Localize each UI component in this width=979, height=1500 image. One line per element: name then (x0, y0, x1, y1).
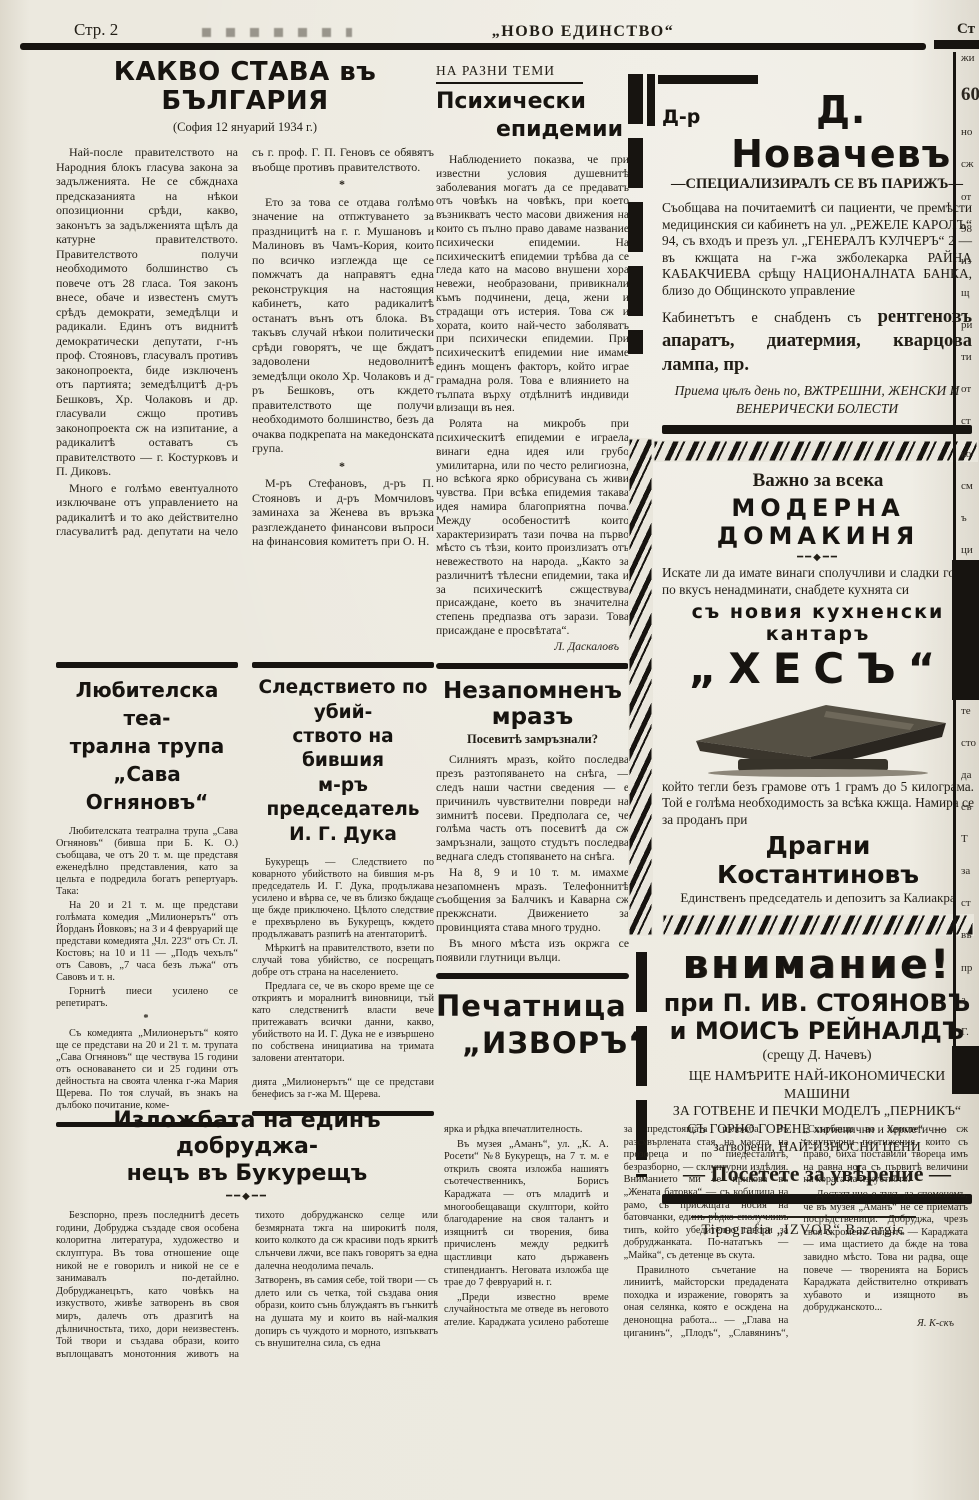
ad-lead-line: съ новия кухненски кантаръ (662, 601, 974, 645)
headline-kakvo-stava: КАКВО СТАВА въ БЪЛГАРИЯ (56, 58, 434, 115)
cut-text-fragment: съ (961, 801, 978, 813)
ornament-divider: ━━◆━━ (662, 552, 974, 563)
horizontal-rule (662, 425, 972, 434)
cut-text-fragment: Г. (961, 1026, 978, 1038)
paragraph: Въ музея „Аманъ“, ул. „К. А. Росети“ №8 … (444, 1139, 609, 1290)
ad-hes-kitchen-scale: Важно за всека МОДЕРНА ДОМАКИНЯ ━━◆━━ Ис… (628, 438, 978, 936)
ad-text-normal: Кабинетътъ е снабденъ съ (662, 310, 861, 326)
paragraph: Ролята на микробъ при психическитѣ епиде… (436, 417, 629, 638)
cut-text-fragment: но (961, 126, 978, 138)
ad-title: внимание! (662, 944, 972, 986)
cut-text-fragment: а (961, 994, 978, 1006)
dealer-tagline: Единственъ председатель и депозитъ за Ка… (662, 890, 974, 906)
headline-psihicheski-epidemii: Психически епидемии (436, 88, 629, 145)
cut-text-fragment: щ (961, 287, 978, 299)
author-signature: Л. Даскаловъ (436, 640, 629, 654)
ink-smudge (202, 28, 352, 37)
horizontal-rule (252, 662, 434, 668)
article-body: Безспорно, презъ последнитѣ десеть годин… (56, 1210, 438, 1361)
masthead: „НОВО ЕДИНСТВО“ (478, 23, 688, 41)
headline-izlozhbata: Изложбата на единъ добруджа- нецъ въ Бук… (56, 1108, 438, 1187)
cut-text-fragment: 98 (961, 223, 978, 235)
ad-body-text: ЩЕ НАМѢРИТЕ НАЙ-ИКОНОМИЧЕСКИ МАШИНИ (662, 1067, 972, 1102)
scan-fold-blob (952, 1046, 979, 1094)
paragraph: Любителската театрална трупа „Сава Огнян… (56, 826, 238, 898)
bottom-article-right: ярка и рѣдка впечатлителность. Въ музея … (444, 1124, 968, 1340)
ad-kicker: Важно за всека (662, 470, 974, 492)
ad-body-text: Кабинетътъ е снабденъ съ рентгеновъ апар… (662, 305, 972, 377)
cut-text-fragment: см (961, 480, 978, 492)
cut-text-fragment: 60 (961, 84, 978, 106)
newspaper-page: Стр. 2 „НОВО ЕДИНСТВО“ Ст КАКВО СТАВА въ… (0, 0, 979, 1500)
left-section: КАКВО СТАВА въ БЪЛГАРИЯ (София 12 януари… (56, 58, 434, 1127)
headline-line: Психически (436, 89, 586, 114)
paragraph: Затворенъ, въ самия себе, той твори — съ… (255, 1275, 438, 1351)
cut-text-fragment: да (961, 769, 978, 781)
paragraph: Съ комедията „Милионерътъ“ която ще се п… (56, 1028, 238, 1112)
cut-text-fragment: сж (961, 158, 978, 170)
section-star: * (252, 459, 434, 474)
paragraph: Ето за това се отдава голѣмо значение на… (252, 195, 434, 456)
cut-text-fragment: ко (961, 448, 978, 460)
ad-subtitle: —СПЕЦИАЛИЗИРАЛЪ СЕ ВЪ ПАРИЖЪ— (662, 176, 972, 193)
paragraph: Горнитѣ пиеси усилено се репетиратъ. (56, 986, 238, 1010)
cut-text-fragment: из (961, 255, 978, 267)
bottom-article-left: Изложбата на единъ добруджа- нецъ въ Бук… (56, 1108, 438, 1361)
ribbon-border-bottom (662, 914, 974, 936)
ad-name-line: при П. ИВ. СТОЯНОВЪ (662, 990, 972, 1018)
ad-location-line: (срещу Д. Начевъ) (662, 1048, 972, 1064)
lower-articles-row: Любителска теа- трална трупа „Сава Огнян… (56, 676, 434, 1127)
cut-text-fragment: от (961, 191, 978, 203)
paragraph: Предлага се, че въ скоро време ще се отк… (252, 981, 434, 1065)
cut-text-fragment: пр (961, 962, 978, 974)
section-star: * (252, 177, 434, 192)
advertising-column: Д-р Д. Новачевъ —СПЕЦИАЛИЗИРАЛЪ СЕ ВЪ ПА… (628, 74, 978, 1239)
cut-text-fragment: ти (961, 351, 978, 363)
paragraph: Наблюдението показва, че при известни ус… (436, 153, 629, 415)
subheadline: Посевитѣ замръзнали? (436, 733, 629, 747)
ad-body-text: ЗА ГОТВЕНЕ И ПЕЧКИ МОДЕЛЪ „ПЕРНИКЪ“ (662, 1102, 972, 1120)
edge-cut-text: Ст (957, 21, 975, 38)
paragraph: На 8, 9 и 10 т. м. имахме незапомненъ мр… (436, 866, 629, 935)
dealer-name: Драгни Костантиновъ (662, 831, 974, 889)
paragraph: Силниятъ мразъ, който последва презъ раз… (436, 753, 629, 863)
cut-text-fragment: ци (961, 544, 978, 556)
header-rule-right (934, 40, 979, 49)
headline-line: Печатница (436, 989, 627, 1023)
paragraph: Мѣркитѣ на правителството, взети по случ… (252, 943, 434, 979)
author-signature: Я. К-скъ (803, 1318, 968, 1331)
page-number: Стр. 2 (74, 20, 118, 40)
ad-body-text: който тегли безъ грамове отъ 1 грамъ до … (662, 779, 974, 828)
ornament-divider: ━━◆━━ (56, 1191, 438, 1202)
ad-title: МОДЕРНА ДОМАКИНЯ (662, 494, 974, 550)
cut-text-fragment: Т (961, 833, 978, 845)
brand-name: „ХЕСЪ“ (662, 647, 974, 691)
paragraph: Най-после правителството на Народния бло… (56, 145, 238, 479)
cut-text-fragment: от (961, 383, 978, 395)
cut-text-fragment: ст (961, 415, 978, 427)
paragraph: Въ много мѣста изъ окржга се появили глу… (436, 937, 629, 965)
doctor-prefix: Д-р (662, 106, 700, 128)
rubric-na-razni-temi: НА РАЗНИ ТЕМИ (436, 64, 583, 84)
headline-sledstvieto-duka: Следствието по убий- ството на бившия м-… (252, 676, 434, 847)
article-kakvo-stava-body: Най-после правителството на Народния бло… (56, 145, 434, 653)
cut-text-fragment: ри (961, 319, 978, 331)
middle-column: НА РАЗНИ ТЕМИ Психически епидемии Наблюд… (436, 64, 629, 1061)
article-sledstvieto-duka: Следствието по убий- ството на бившия м-… (252, 676, 434, 1116)
ad-name-line: и МОИСЪ РЕЙНАЛДЪ (662, 1018, 972, 1046)
paragraph: Достатъчно е тукъ да споменемъ, че въ му… (803, 1189, 968, 1315)
decorative-bar (628, 74, 643, 354)
doctor-name: Д. Новачевъ (710, 88, 972, 176)
headline-pechatnica-izvor: Печатница „ИЗВОРЪ“ (436, 988, 629, 1061)
header-rule (20, 43, 926, 50)
cut-text-fragment: въ (961, 929, 978, 941)
decorative-bar (647, 74, 655, 126)
cut-text-fragment: жи (961, 52, 978, 64)
cut-text-fragment: те (961, 705, 978, 717)
headline-nezapomnen-mraz: Незапомненъ мразъ (436, 678, 629, 731)
paragraph: ярка и рѣдка впечатлителность. (444, 1124, 609, 1137)
ribbon-border-left (628, 438, 653, 936)
article-teatralna-trupa: Любителска теа- трална трупа „Сава Огнян… (56, 676, 238, 1127)
decorative-bar (658, 75, 758, 84)
horizontal-rule (436, 663, 629, 669)
cut-text-fragment: ст (961, 897, 978, 909)
headline-line: „ИЗВОРЪ“ (436, 1025, 629, 1061)
cut-text-fragment: сто (961, 737, 978, 749)
scan-fold-blob (952, 560, 979, 700)
ad-hours-line: Приема цѣлъ день по, ВЖТРЕШНИ, ЖЕНСКИ И … (662, 382, 972, 418)
paragraph: На 20 и 21 т. м. ще представи голѣмата к… (56, 900, 238, 984)
section-star: * (56, 1013, 238, 1025)
ribbon-border-top (653, 440, 978, 462)
ad-body-text: Съобщава на почитаемитѣ си пациенти, че … (662, 200, 972, 300)
horizontal-rule (436, 973, 629, 979)
article-body: ярка и рѣдка впечатлителность. Въ музея … (444, 1124, 968, 1340)
section-dividers (56, 662, 434, 668)
paragraph: М-ръ Стефановъ, д-ръ П. Стояновъ и д-ръ … (252, 476, 434, 549)
headline-teatralna-trupa: Любителска теа- трална трупа „Сава Огнян… (56, 676, 238, 816)
kitchen-scale-photo (678, 695, 958, 777)
ad-body-text: Искате ли да имате винаги сполучливи и с… (662, 565, 974, 598)
headline-line: епидемии (436, 116, 629, 145)
cut-text-fragment: за (961, 865, 978, 877)
ad-doctor-novachev: Д-р Д. Новачевъ —СПЕЦИАЛИЗИРАЛЪ СЕ ВЪ ПА… (628, 74, 978, 434)
paragraph: Букурещъ — Следствието по коварното убий… (252, 857, 434, 941)
cut-text-fragment: ъ (961, 512, 978, 524)
continuation-paragraph: дията „Милионерътъ“ ще се представи бене… (252, 1077, 434, 1101)
ad-title-row: Д-р Д. Новачевъ (662, 88, 972, 176)
horizontal-rule (56, 662, 238, 668)
dateline: (София 12 януарий 1934 г.) (56, 120, 434, 135)
